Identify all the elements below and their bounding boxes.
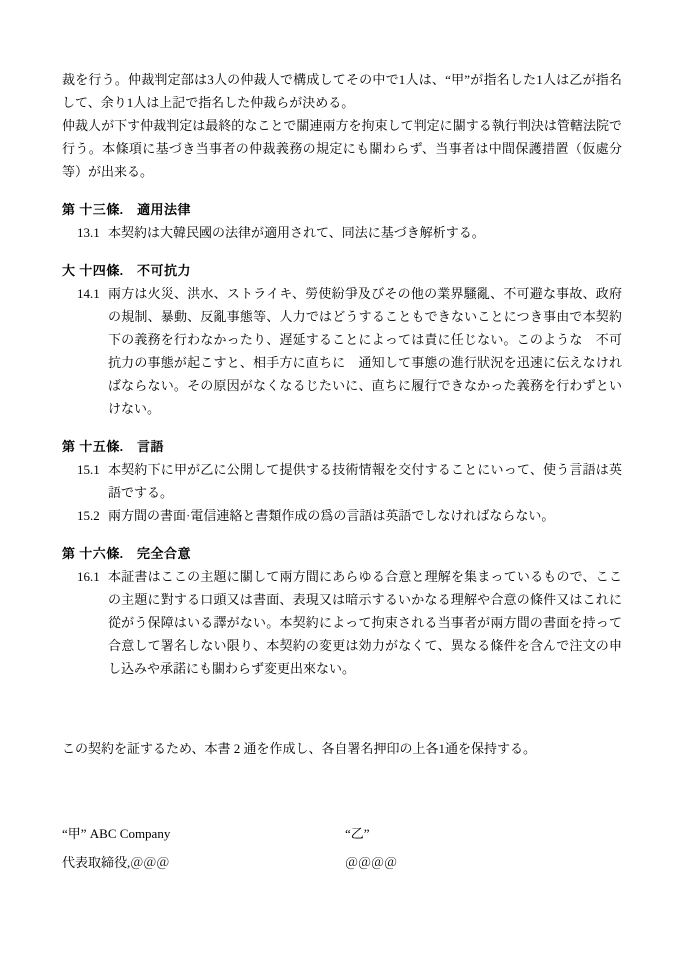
clause-number: 16.1 bbox=[77, 565, 108, 588]
contract-page: 裁を行う。仲裁判定部は3人の仲裁人で構成してその中で1人は、“甲”が指名した1人… bbox=[0, 0, 680, 962]
clause-text: 兩方間の書面·電信連絡と書類作成の爲の言語は英語でしなければならない。 bbox=[108, 504, 622, 527]
clause-15-2: 15.2 兩方間の書面·電信連絡と書類作成の爲の言語は英語でしなければならない。 bbox=[62, 504, 622, 527]
clause-text: 本契約は大韓民國の法律が適用されて、同法に基づき解析する。 bbox=[108, 221, 622, 244]
clause-14-1: 14.1 兩方は火災、洪水、ストライキ、勞使紛爭及びその他の業界騷亂、不可避な事… bbox=[62, 282, 622, 420]
clause-16-1: 16.1 本証書はここの主題に關して兩方間にあらゆる合意と理解を集まっているもの… bbox=[62, 565, 622, 680]
clause-number: 15.2 bbox=[77, 504, 108, 527]
article-16-heading: 第 十六條. 完全合意 bbox=[62, 542, 622, 565]
clause-15-1: 15.1 本契約下に甲が乙に公開して提供する技術情報を交付することにいって、使う… bbox=[62, 458, 622, 504]
party-a-name: “甲” ABC Company bbox=[62, 822, 345, 845]
party-b-signer: ＠＠＠＠ bbox=[345, 851, 397, 874]
signature-signer-row: 代表取締役,＠＠＠ ＠＠＠＠ bbox=[62, 851, 622, 874]
article-15-language: 第 十五條. 言語 15.1 本契約下に甲が乙に公開して提供する技術情報を交付す… bbox=[62, 435, 622, 527]
article-16-entire-agreement: 第 十六條. 完全合意 16.1 本証書はここの主題に關して兩方間にあらゆる合意… bbox=[62, 542, 622, 680]
intro-paragraph-1: 裁を行う。仲裁判定部は3人の仲裁人で構成してその中で1人は、“甲”が指名した1人… bbox=[62, 68, 622, 114]
clause-13-1: 13.1 本契約は大韓民國の法律が適用されて、同法に基づき解析する。 bbox=[62, 221, 622, 244]
article-13-heading: 第 十三條. 適用法律 bbox=[62, 198, 622, 221]
clause-number: 13.1 bbox=[77, 221, 108, 244]
article-14-force-majeure: 大 十四條. 不可抗力 14.1 兩方は火災、洪水、ストライキ、勞使紛爭及びその… bbox=[62, 259, 622, 420]
signature-block: “甲” ABC Company “乙” 代表取締役,＠＠＠ ＠＠＠＠ bbox=[62, 822, 622, 874]
arbitration-continuation: 裁を行う。仲裁判定部は3人の仲裁人で構成してその中で1人は、“甲”が指名した1人… bbox=[62, 68, 622, 183]
clause-text: 本証書はここの主題に關して兩方間にあらゆる合意と理解を集まっているもので、ここの… bbox=[108, 565, 622, 680]
clause-number: 14.1 bbox=[77, 282, 108, 305]
article-15-heading: 第 十五條. 言語 bbox=[62, 435, 622, 458]
article-14-heading: 大 十四條. 不可抗力 bbox=[62, 259, 622, 282]
article-13-applicable-law: 第 十三條. 適用法律 13.1 本契約は大韓民國の法律が適用されて、同法に基づ… bbox=[62, 198, 622, 244]
intro-paragraph-2: 仲裁人が下す仲裁判定は最終的なことで關連兩方を拘束して判定に關する執行判決は管轄… bbox=[62, 114, 622, 183]
signature-party-row: “甲” ABC Company “乙” bbox=[62, 822, 622, 845]
clause-number: 15.1 bbox=[77, 458, 108, 481]
party-b-name: “乙” bbox=[345, 822, 370, 845]
clause-text: 兩方は火災、洪水、ストライキ、勞使紛爭及びその他の業界騷亂、不可避な事故、政府の… bbox=[108, 282, 622, 420]
party-a-signer: 代表取締役,＠＠＠ bbox=[62, 851, 345, 874]
execution-statement: この契約を証するため、本書 2 通を作成し、各自署名押印の上各1通を保持する。 bbox=[62, 737, 622, 760]
clause-text: 本契約下に甲が乙に公開して提供する技術情報を交付することにいって、使う言語は英語… bbox=[108, 458, 622, 504]
